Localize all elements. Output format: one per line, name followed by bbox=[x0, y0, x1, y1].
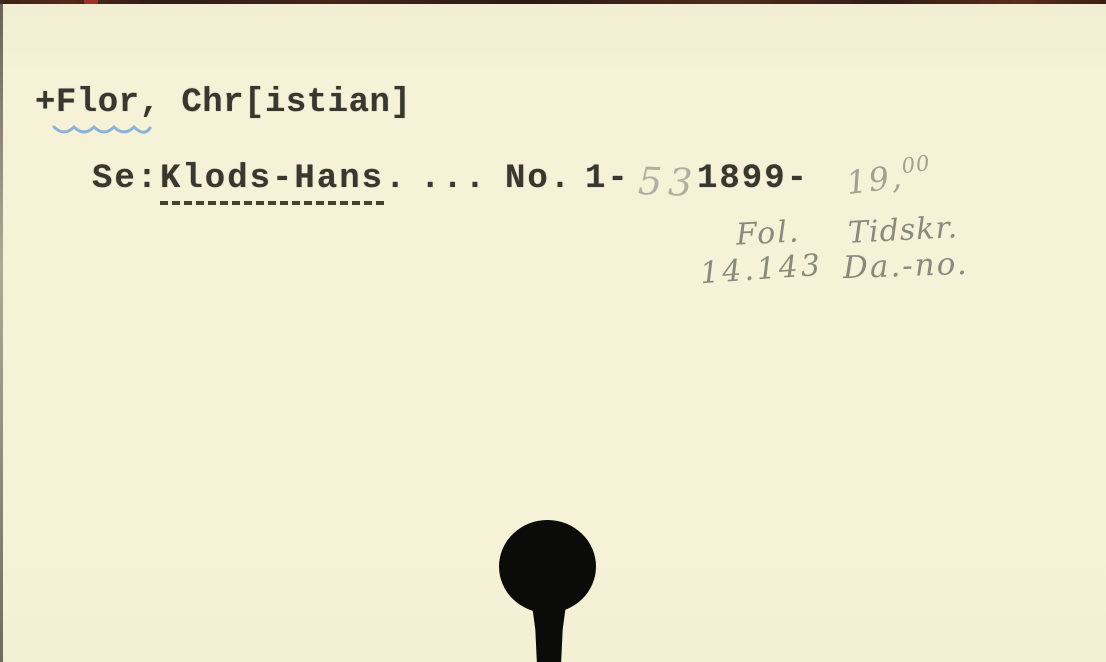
year-range-start: 1899- bbox=[697, 160, 809, 198]
scan-left-edge bbox=[0, 0, 3, 662]
annotation-category: Tidskr. bbox=[847, 210, 959, 251]
number-label: No. bbox=[505, 160, 572, 198]
see-label: Se: bbox=[92, 160, 159, 198]
issue-range-start: 1- bbox=[585, 160, 630, 198]
handwritten-year-end-superscript: 00 bbox=[900, 151, 931, 178]
heading-line: +Flor, Chr[istian] bbox=[35, 84, 411, 122]
heading-suffix: , Chr[istian] bbox=[140, 84, 412, 122]
journal-title-period: . bbox=[385, 160, 407, 198]
handwritten-year-end-base: 19, bbox=[844, 157, 905, 202]
heading-prefix: + bbox=[35, 84, 56, 122]
heading-name: Flor bbox=[56, 84, 140, 122]
annotation-format: Fol. bbox=[735, 214, 801, 252]
catalog-card-scan: +Flor, Chr[istian] Se: Klods-Hans . ... … bbox=[0, 0, 1106, 662]
ellipsis: ... bbox=[420, 160, 487, 198]
wavy-underline-icon bbox=[52, 122, 152, 138]
scan-top-edge bbox=[0, 0, 1106, 4]
annotation-language: Da.-no. bbox=[842, 246, 969, 286]
reference-line: Se: Klods-Hans . ... No. 1- 1899- bbox=[0, 160, 1106, 216]
handwritten-issue-end: 53 bbox=[637, 159, 699, 205]
journal-title: Klods-Hans bbox=[160, 160, 384, 205]
scan-top-edge-red-mark bbox=[84, 0, 98, 4]
